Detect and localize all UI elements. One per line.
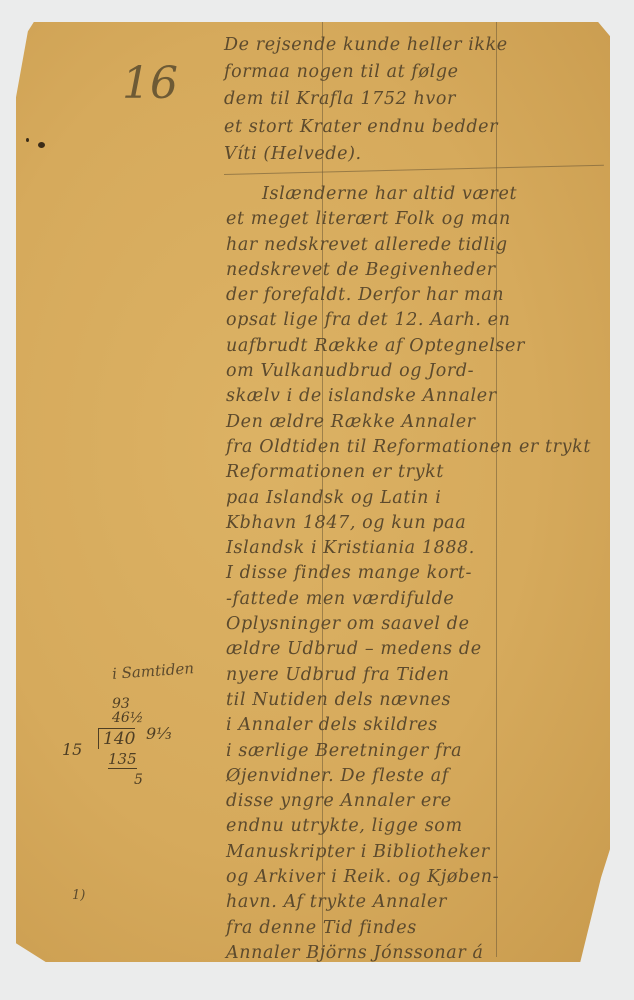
text-line: i Annaler dels skildres: [226, 713, 616, 738]
text-line: dem til Krafla 1752 hvor: [224, 86, 614, 113]
text-line: De rejsende kunde heller ikke: [224, 32, 614, 59]
ink-spot: [26, 138, 29, 142]
manuscript-page: 16 De rejsende kunde heller ikke formaa …: [16, 22, 610, 962]
text-line: havn. Af trykte Annaler: [226, 890, 616, 915]
text-line: og Arkiver i Reik. og Kjøben-: [226, 865, 616, 890]
text-line: nedskrevet de Begivenheder: [226, 258, 616, 283]
text-line: Øjenvidner. De fleste af: [226, 764, 616, 789]
text-line: paa Islandsk og Latin i: [226, 486, 616, 511]
text-line: Islænderne har altid været: [226, 182, 616, 207]
text-line: endnu utrykte, ligge som: [226, 814, 616, 839]
top-paragraph: De rejsende kunde heller ikke formaa nog…: [224, 32, 614, 168]
text-line: I disse findes mange kort-: [226, 561, 616, 586]
text-line: Den ældre Række Annaler: [226, 410, 616, 435]
calc-divisor: 15: [62, 740, 82, 759]
text-line: et meget literært Folk og man: [226, 207, 616, 232]
ink-spot: [38, 142, 45, 148]
margin-calculation: 93 46½ 15 140 9⅓ 135 5: [62, 712, 172, 802]
text-line: formaa nogen til at følge: [224, 59, 614, 86]
text-line: om Vulkanudbrud og Jord-: [226, 359, 616, 384]
text-line: opsat lige fra det 12. Aarh. en: [226, 308, 616, 333]
calc-quotient: 9⅓: [146, 724, 172, 743]
text-line: Víti (Helvede).: [224, 141, 614, 168]
text-line: uafbrudt Række af Optegnelser: [226, 334, 616, 359]
text-line: nyere Udbrud fra Tiden: [226, 663, 616, 688]
text-line: har nedskrevet allerede tidlig: [226, 233, 616, 258]
text-line: i særlige Beretninger fra: [226, 739, 616, 764]
margin-note: i Samtiden: [111, 659, 194, 683]
text-line: Kbhavn 1847, og kun paa: [226, 511, 616, 536]
text-line: Skardsá og Annáll Magn-: [226, 966, 616, 991]
text-line: skælv i de islandske Annaler: [226, 384, 616, 409]
text-line: ældre Udbrud – medens de: [226, 637, 616, 662]
text-line: Annaler Björns Jónssonar á: [226, 941, 616, 966]
calc-line: 5: [134, 772, 143, 788]
text-line: et stort Krater endnu bedder: [224, 114, 614, 141]
text-line: Reformationen er trykt: [226, 460, 616, 485]
calc-line: 135: [108, 750, 137, 769]
folio-number: 16: [122, 58, 178, 109]
text-line: fra Oldtiden til Reformationen er trykt: [226, 435, 616, 460]
text-line: disse yngre Annaler ere: [226, 789, 616, 814]
main-paragraph: Islænderne har altid været et meget lite…: [226, 182, 616, 992]
calc-line: 46½: [112, 710, 143, 726]
text-line: til Nutiden dels nævnes: [226, 688, 616, 713]
text-line: der forefaldt. Derfor har man: [226, 283, 616, 308]
text-line: Oplysninger om saavel de: [226, 612, 616, 637]
text-line: Islandsk i Kristiania 1888.: [226, 536, 616, 561]
text-line: fra denne Tid findes: [226, 916, 616, 941]
footnote-mark: 1): [72, 888, 85, 903]
text-line: Manuskripter i Bibliotheker: [226, 840, 616, 865]
text-line: -fattede men værdifulde: [226, 587, 616, 612]
calc-line: 140: [98, 728, 135, 749]
